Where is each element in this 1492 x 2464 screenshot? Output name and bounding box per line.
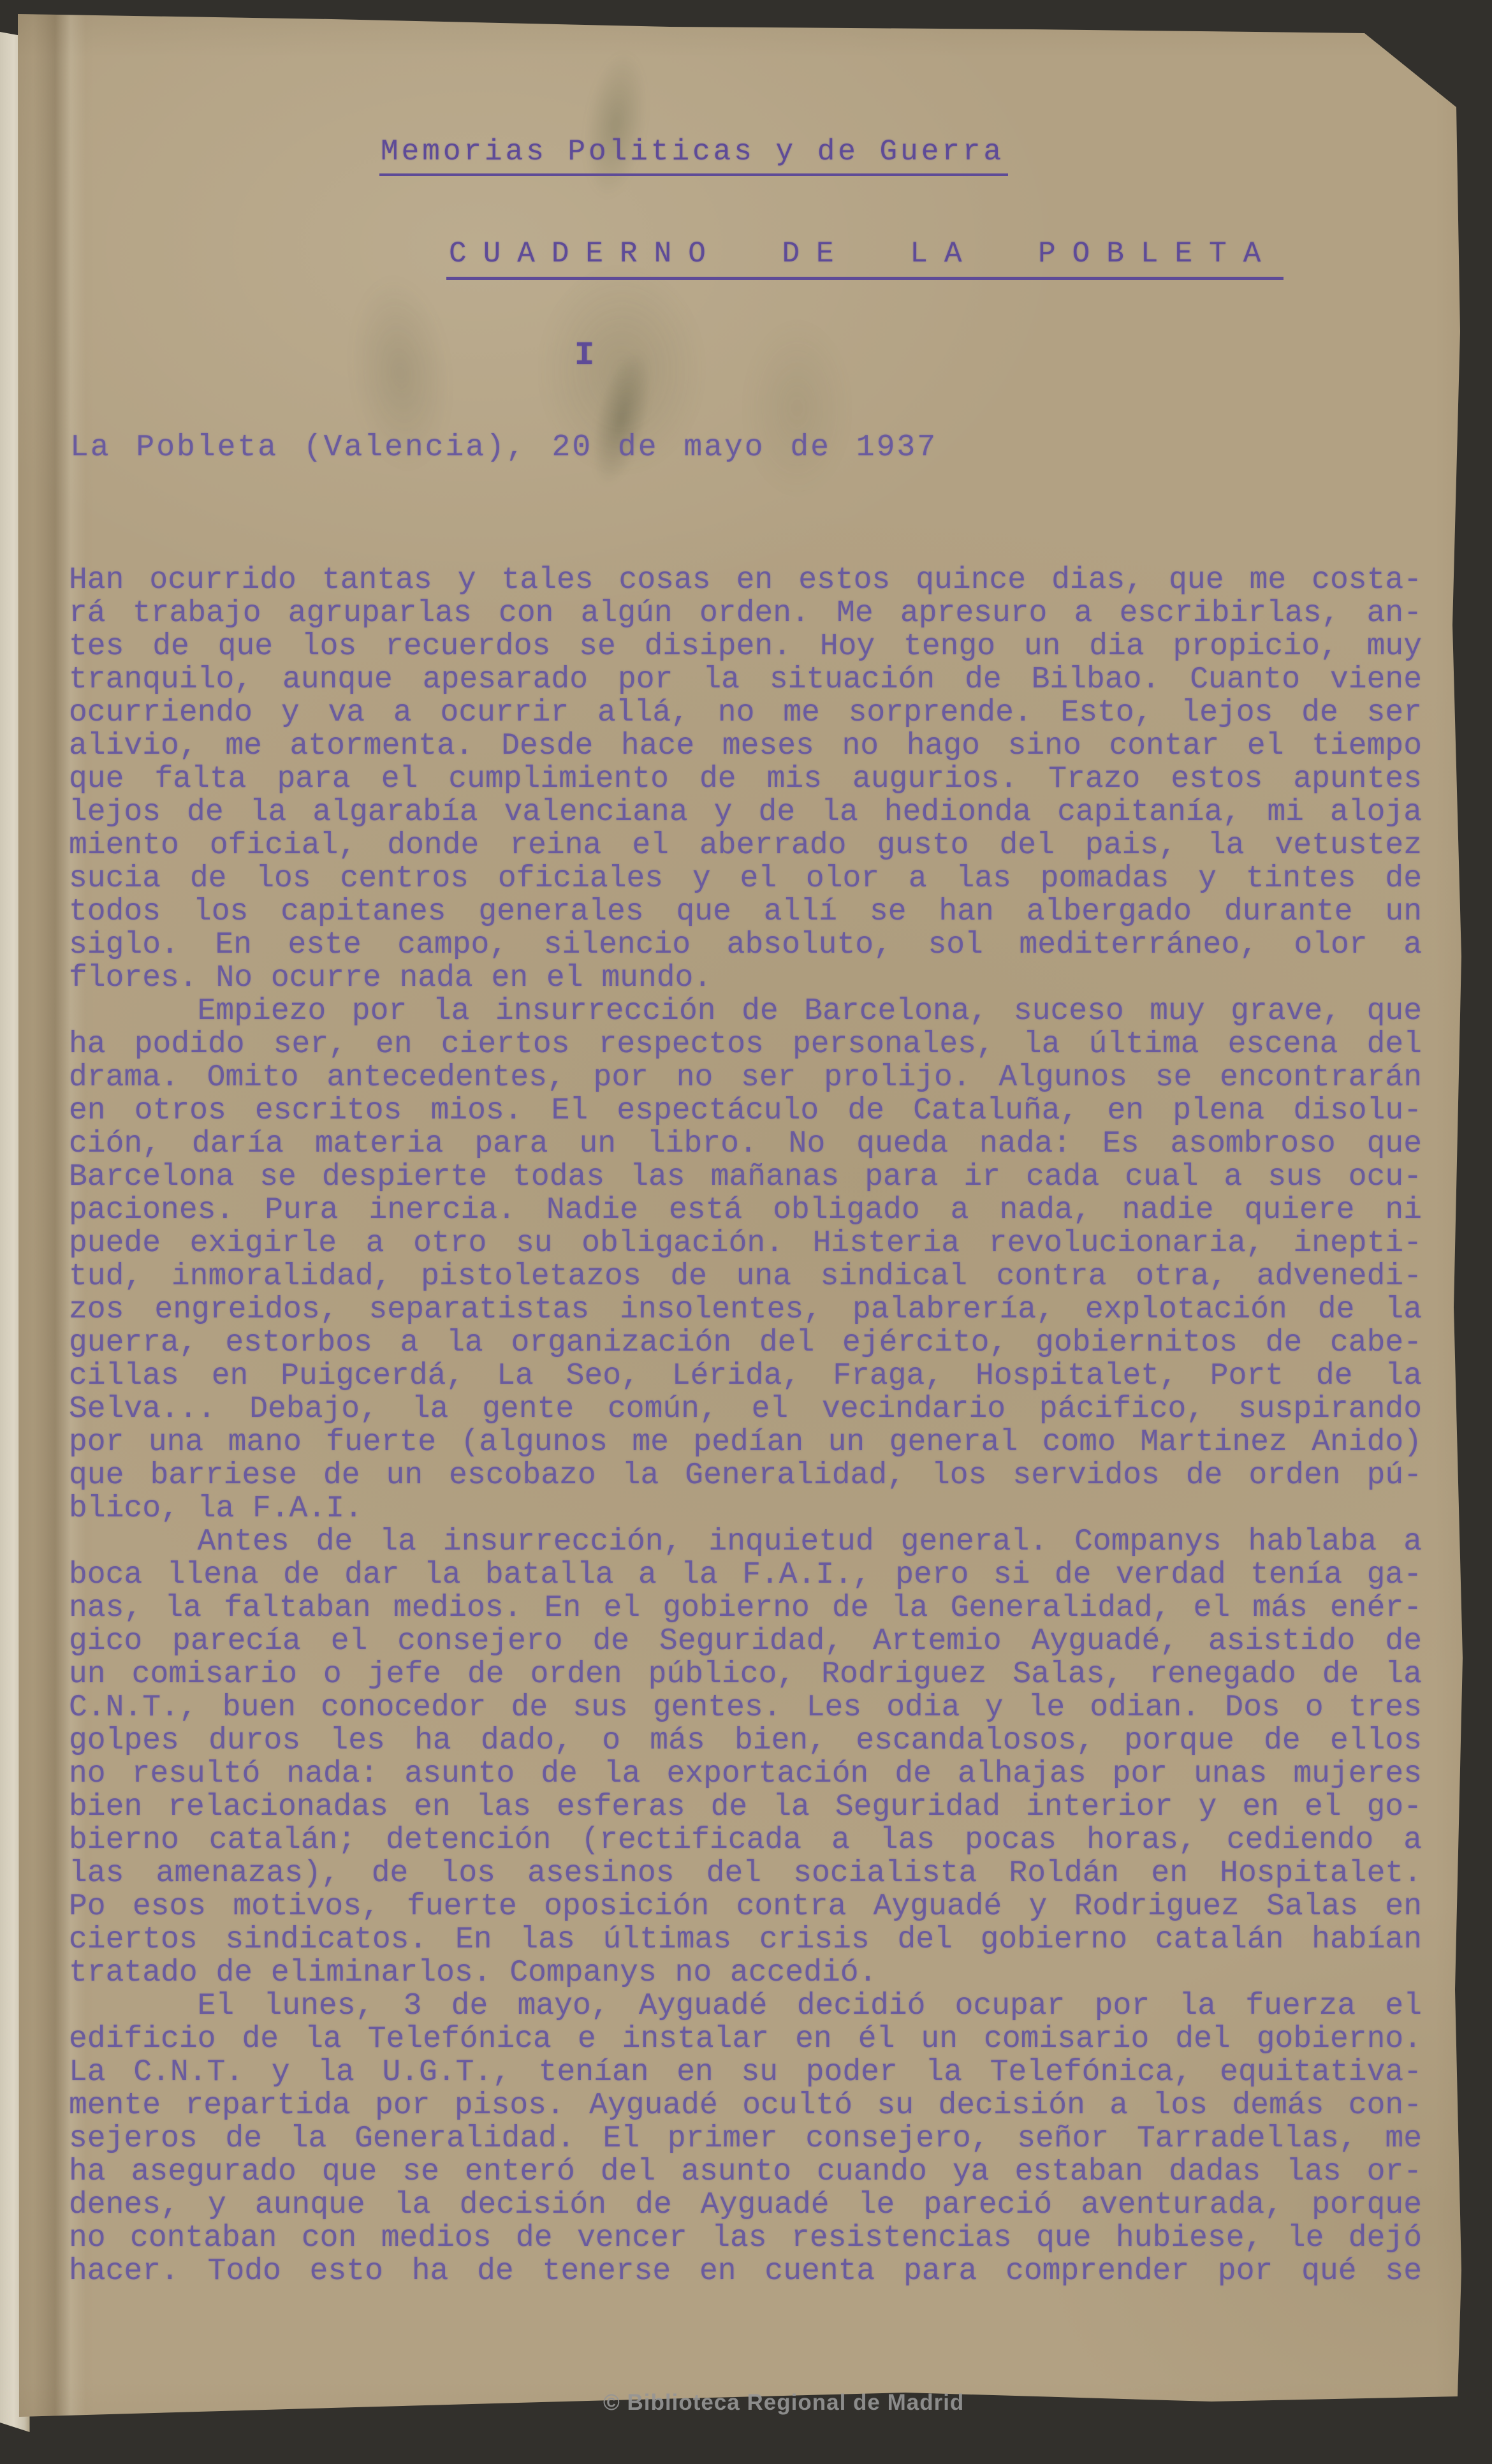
text-line: La C.N.T. y la U.G.T., tenían en su pode…: [69, 2056, 1422, 2089]
text-line: ción, daría materia para un libro. No qu…: [69, 1127, 1422, 1161]
library-watermark: © Biblioteca Regional de Madrid: [603, 2390, 964, 2416]
text-line: en otros escritos mios. El espectáculo d…: [69, 1094, 1422, 1127]
text-line: bierno catalán; detención (rectificada a…: [69, 1824, 1422, 1857]
text-line: edificio de la Telefónica e instalar en …: [69, 2023, 1422, 2056]
pencil-smudge: [575, 47, 656, 203]
chapter-numeral: I: [574, 338, 594, 374]
text-line: ha podido ser, en ciertos respectos pers…: [69, 1028, 1422, 1061]
notebook-title: CUADERNO DE LA POBLETA: [446, 237, 1284, 280]
text-line: por una mano fuerte (algunos me pedían u…: [69, 1426, 1422, 1459]
text-line: paciones. Pura inercia. Nadie está oblig…: [69, 1194, 1422, 1227]
text-line: El lunes, 3 de mayo, Ayguadé decidió ocu…: [69, 1990, 1422, 2023]
text-line: zos engreidos, separatistas insolentes, …: [69, 1293, 1422, 1326]
text-line: cillas en Puigcerdá, La Seo, Lérida, Fra…: [69, 1360, 1422, 1393]
text-line: Selva... Debajo, la gente común, el veci…: [69, 1393, 1422, 1426]
paragraph: Empiezo por la insurrección de Barcelona…: [69, 995, 1422, 1525]
text-line: siglo. En este campo, silencio absoluto,…: [69, 928, 1422, 962]
text-line: Antes de la insurrección, inquietud gene…: [69, 1525, 1422, 1558]
text-line: Empiezo por la insurrección de Barcelona…: [69, 995, 1422, 1028]
text-line: alivio, me atormenta. Desde hace meses n…: [69, 730, 1422, 763]
text-line: que barriese de un escobazo la Generalid…: [69, 1459, 1422, 1492]
text-line: nas, la faltaban medios. En el gobierno …: [69, 1592, 1422, 1625]
body-text: Han ocurrido tantas y tales cosas en est…: [69, 564, 1422, 2288]
text-line: tes de que los recuerdos se disipen. Hoy…: [69, 630, 1422, 663]
text-line: Han ocurrido tantas y tales cosas en est…: [69, 564, 1422, 597]
text-line: lejos de la algarabía valenciana y de la…: [69, 796, 1422, 829]
text-line: Po esos motivos, fuerte oposición contra…: [69, 1890, 1422, 1923]
paragraph: Antes de la insurrección, inquietud gene…: [69, 1525, 1422, 1990]
text-line: ocurriendo y va a ocurrir allá, no me so…: [69, 696, 1422, 730]
text-line: Barcelona se despierte todas las mañanas…: [69, 1161, 1422, 1194]
text-line: rá trabajo agruparlas con algún orden. M…: [69, 597, 1422, 630]
text-line: blico, la F.A.I.: [69, 1492, 1422, 1525]
text-line: no contaban con medios de vencer las res…: [69, 2222, 1422, 2255]
text-line: gico parecía el consejero de Seguridad, …: [69, 1625, 1422, 1658]
text-line: guerra, estorbos a la organización del e…: [69, 1326, 1422, 1360]
series-title: Memorias Politicas y de Guerra: [379, 135, 1008, 176]
paragraph: Han ocurrido tantas y tales cosas en est…: [69, 564, 1422, 995]
text-line: tranquilo, aunque apesarado por la situa…: [69, 663, 1422, 696]
text-line: denes, y aunque la decisión de Ayguadé l…: [69, 2189, 1422, 2222]
text-line: ciertos sindicatos. En las últimas crisi…: [69, 1923, 1422, 1956]
text-line: todos los capitanes generales que allí s…: [69, 895, 1422, 928]
text-line: tud, inmoralidad, pistoletazos de una si…: [69, 1260, 1422, 1293]
text-line: miento oficial, donde reina el aberrado …: [69, 829, 1422, 862]
text-line: sejeros de la Generalidad. El primer con…: [69, 2122, 1422, 2155]
text-line: que falta para el cumplimiento de mis au…: [69, 763, 1422, 796]
text-line: mente repartida por pisos. Ayguadé ocult…: [69, 2089, 1422, 2122]
text-line: flores. No ocurre nada en el mundo.: [69, 962, 1422, 995]
text-line: hacer. Todo esto ha de tenerse en cuenta…: [69, 2255, 1422, 2288]
text-line: ha asegurado que se enteró del asunto cu…: [69, 2155, 1422, 2189]
text-line: drama. Omito antecedentes, por no ser pr…: [69, 1061, 1422, 1094]
text-line: boca llena de dar la batalla a la F.A.I.…: [69, 1558, 1422, 1592]
dateline: La Pobleta (Valencia), 20 de mayo de 193…: [70, 431, 937, 464]
text-line: las amenazas), de los asesinos del socia…: [69, 1857, 1422, 1890]
fingerprint-smudge: [743, 319, 851, 497]
text-line: tratado de eliminarlos. Companys no acce…: [69, 1956, 1422, 1990]
text-line: no resultó nada: asunto de la exportació…: [69, 1757, 1422, 1791]
text-line: un comisario o jefe de orden público, Ro…: [69, 1658, 1422, 1691]
paragraph: El lunes, 3 de mayo, Ayguadé decidió ocu…: [69, 1990, 1422, 2288]
text-line: bien relacionadas en las esferas de la S…: [69, 1791, 1422, 1824]
typewritten-page: Memorias Politicas y de Guerra CUADERNO …: [0, 0, 1492, 2464]
text-line: puede exigirle a otro su obligación. His…: [69, 1227, 1422, 1260]
text-line: sucia de los centros oficiales y el olor…: [69, 862, 1422, 895]
text-line: golpes duros les ha dado, o más bien, es…: [69, 1724, 1422, 1757]
text-line: C.N.T., buen conocedor de sus gentes. Le…: [69, 1691, 1422, 1724]
